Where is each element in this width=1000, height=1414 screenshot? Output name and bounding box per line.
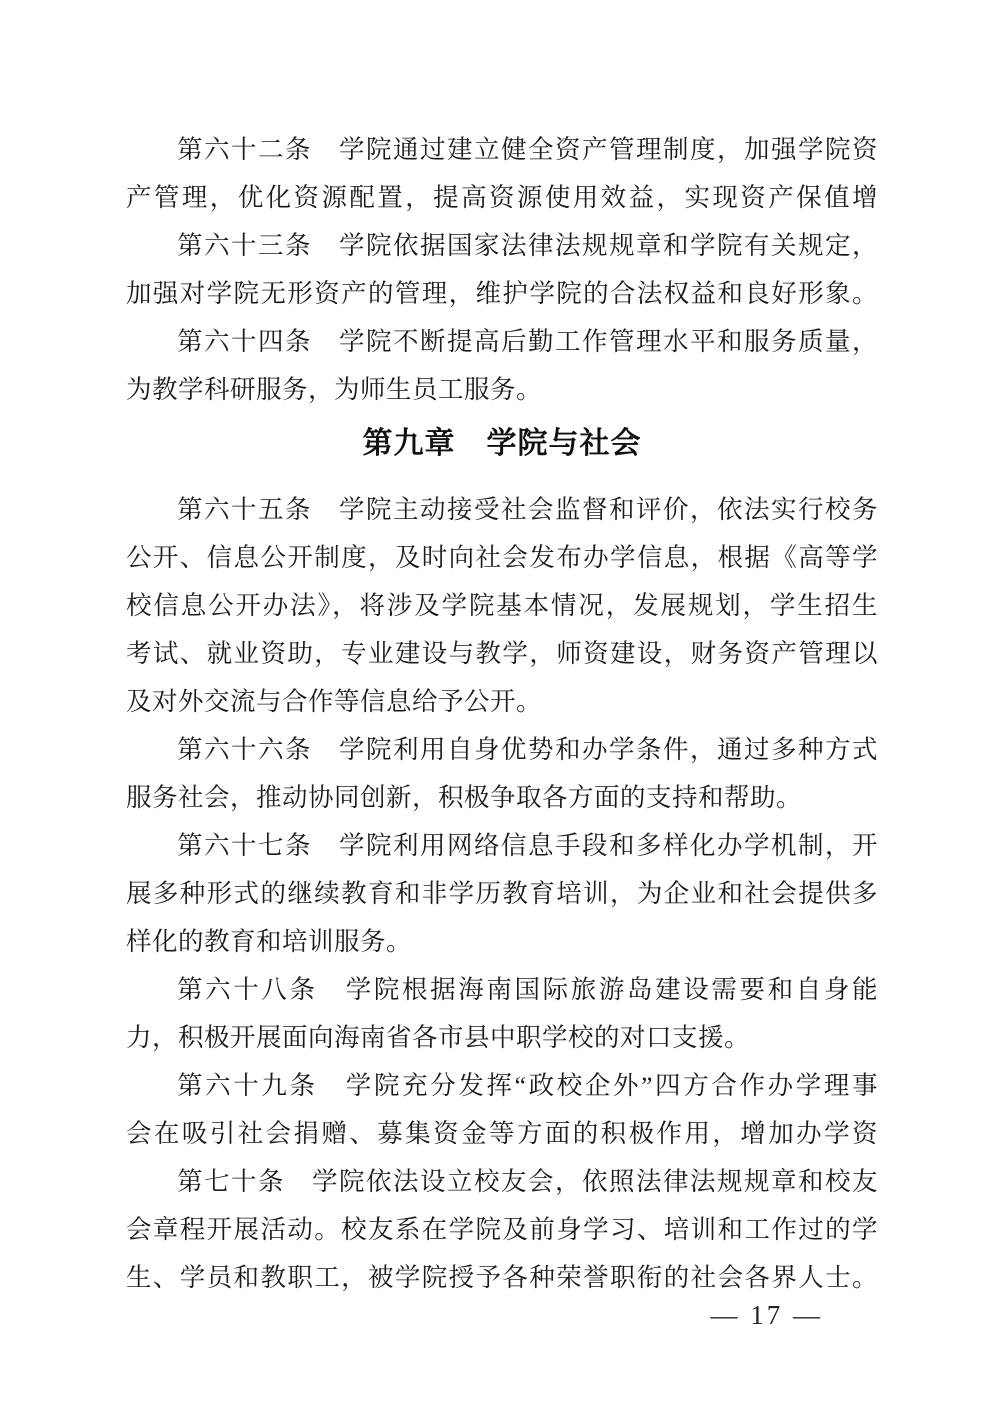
article-line: 力，积极开展面向海南省各市县中职学校的对口支援。: [126, 1014, 878, 1062]
article-line: 产管理，优化资源配置，提高资源使用效益，实现资产保值增值。: [126, 174, 878, 222]
page-number: — 17 —: [711, 1294, 824, 1336]
article-64: 第六十四条 学院不断提高后勤工作管理水平和服务质量， 为教学科研服务，为师生员工…: [126, 318, 878, 414]
article-line: 考试、就业资助，专业建设与教学，师资建设，财务资产管理以: [126, 630, 878, 678]
article-line: 会在吸引社会捐赠、募集资金等方面的积极作用，增加办学资源。: [126, 1110, 878, 1158]
article-line: 第六十七条 学院利用网络信息手段和多样化办学机制，开: [126, 822, 878, 870]
article-70: 第七十条 学院依法设立校友会，依照法律法规规章和校友 会章程开展活动。校友系在学…: [126, 1158, 878, 1302]
document-body: 第六十二条 学院通过建立健全资产管理制度，加强学院资 产管理，优化资源配置，提高…: [126, 126, 878, 1302]
article-67: 第六十七条 学院利用网络信息手段和多样化办学机制，开 展多种形式的继续教育和非学…: [126, 822, 878, 966]
article-62: 第六十二条 学院通过建立健全资产管理制度，加强学院资 产管理，优化资源配置，提高…: [126, 126, 878, 222]
document-page: 第六十二条 学院通过建立健全资产管理制度，加强学院资 产管理，优化资源配置，提高…: [0, 0, 1000, 1414]
article-line: 第六十二条 学院通过建立健全资产管理制度，加强学院资: [126, 126, 878, 174]
article-line: 第六十四条 学院不断提高后勤工作管理水平和服务质量，: [126, 318, 878, 366]
article-68: 第六十八条 学院根据海南国际旅游岛建设需要和自身能 力，积极开展面向海南省各市县…: [126, 966, 878, 1062]
article-line: 加强对学院无形资产的管理，维护学院的合法权益和良好形象。: [126, 270, 878, 318]
article-line: 会章程开展活动。校友系在学院及前身学习、培训和工作过的学: [126, 1206, 878, 1254]
article-line: 第七十条 学院依法设立校友会，依照法律法规规章和校友: [126, 1158, 878, 1206]
article-63: 第六十三条 学院依据国家法律法规规章和学院有关规定， 加强对学院无形资产的管理，…: [126, 222, 878, 318]
article-line: 第六十三条 学院依据国家法律法规规章和学院有关规定，: [126, 222, 878, 270]
article-line: 第六十六条 学院利用自身优势和办学条件，通过多种方式: [126, 726, 878, 774]
article-line: 样化的教育和培训服务。: [126, 918, 878, 966]
article-69: 第六十九条 学院充分发挥“政校企外”四方合作办学理事 会在吸引社会捐赠、募集资金…: [126, 1062, 878, 1158]
chapter-heading: 第九章 学院与社会: [126, 420, 878, 468]
article-65: 第六十五条 学院主动接受社会监督和评价，依法实行校务 公开、信息公开制度，及时向…: [126, 486, 878, 726]
article-line: 为教学科研服务，为师生员工服务。: [126, 366, 878, 414]
article-line: 及对外交流与合作等信息给予公开。: [126, 678, 878, 726]
article-line: 公开、信息公开制度，及时向社会发布办学信息，根据《高等学: [126, 534, 878, 582]
article-line: 第六十八条 学院根据海南国际旅游岛建设需要和自身能: [126, 966, 878, 1014]
article-line: 展多种形式的继续教育和非学历教育培训，为企业和社会提供多: [126, 870, 878, 918]
article-line: 校信息公开办法》，将涉及学院基本情况，发展规划，学生招生: [126, 582, 878, 630]
article-line: 第六十九条 学院充分发挥“政校企外”四方合作办学理事: [126, 1062, 878, 1110]
article-66: 第六十六条 学院利用自身优势和办学条件，通过多种方式 服务社会，推动协同创新，积…: [126, 726, 878, 822]
article-line: 服务社会，推动协同创新，积极争取各方面的支持和帮助。: [126, 774, 878, 822]
article-line: 第六十五条 学院主动接受社会监督和评价，依法实行校务: [126, 486, 878, 534]
